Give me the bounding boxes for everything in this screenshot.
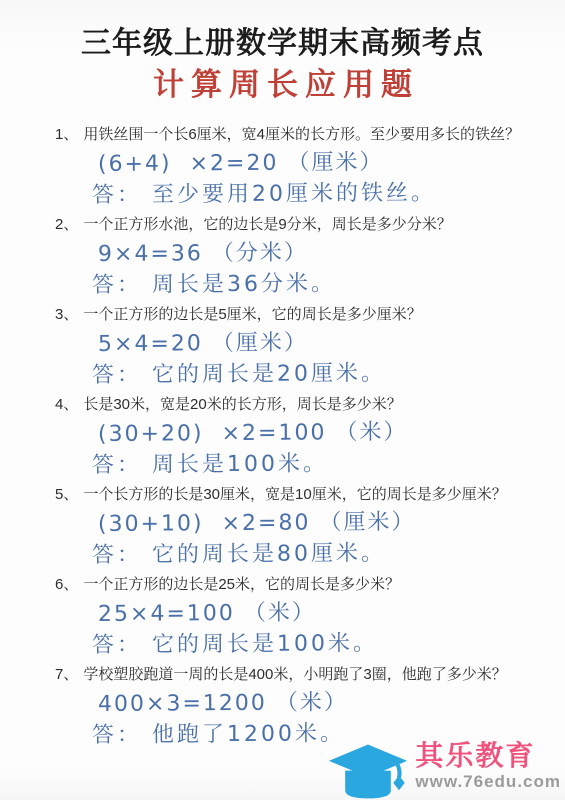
- handwritten-equation: 25×4=100 （米）: [98, 597, 565, 630]
- brand-name: 其乐教育: [415, 740, 561, 772]
- problem-number: 7、: [55, 666, 78, 683]
- problem-question: 4、长是30米，宽是20米的长方形，周长是多少米？: [55, 394, 555, 415]
- problem-number: 5、: [55, 486, 78, 503]
- footer-logo-text: 其乐教育 www.76edu.com: [415, 740, 561, 798]
- problem-number: 6、: [55, 576, 78, 593]
- handwritten-equation: (30+10) ×2=80 （厘米）: [98, 507, 565, 540]
- handwritten-answer: 答： 周长是100米。: [92, 448, 565, 481]
- problem-question-text: 用铁丝围一个长6厘米，宽4厘米的长方形。至少要用多长的铁丝？: [83, 126, 520, 143]
- handwritten-answer: 答： 它的周长是80厘米。: [92, 538, 565, 571]
- worksheet-page: 三年级上册数学期末高频考点 计算周长应用题 1、用铁丝围一个长6厘米，宽4厘米的…: [0, 0, 565, 800]
- worksheet-header: 三年级上册数学期末高频考点 计算周长应用题: [0, 0, 565, 104]
- website-url: www.76edu.com: [415, 772, 561, 792]
- problem-number: 1、: [55, 126, 78, 143]
- problem-question-text: 一个长方形的长是30厘米，宽是10厘米，它的周长是多少厘米？: [83, 486, 506, 503]
- graduation-cap-icon: [327, 738, 409, 800]
- problem-item: 4、长是30米，宽是20米的长方形，周长是多少米？ (30+20) ×2=100…: [0, 394, 565, 481]
- problem-question: 1、用铁丝围一个长6厘米，宽4厘米的长方形。至少要用多长的铁丝？: [55, 124, 555, 145]
- handwritten-answer: 答： 周长是36分米。: [92, 268, 565, 301]
- handwritten-equation: 400×3=1200 （米）: [98, 687, 565, 720]
- problem-item: 6、一个正方形的边长是25米，它的周长是多少米？ 25×4=100 （米） 答：…: [0, 574, 565, 661]
- problem-question-text: 学校塑胶跑道一周的长是400米，小明跑了3圈，他跑了多少米？: [83, 666, 506, 683]
- problem-list: 1、用铁丝围一个长6厘米，宽4厘米的长方形。至少要用多长的铁丝？ (6+4) ×…: [0, 124, 565, 751]
- handwritten-answer: 答： 它的周长是100米。: [92, 628, 565, 661]
- problem-question: 6、一个正方形的边长是25米，它的周长是多少米？: [55, 574, 555, 595]
- problem-question: 5、一个长方形的长是30厘米，宽是10厘米，它的周长是多少厘米？: [55, 484, 555, 505]
- problem-item: 2、一个正方形水池，它的边长是9分米，周长是多少分米？ 9×4=36 （分米） …: [0, 214, 565, 301]
- handwritten-equation: (6+4) ×2=20 （厘米）: [98, 147, 565, 180]
- problem-item: 5、一个长方形的长是30厘米，宽是10厘米，它的周长是多少厘米？ (30+10)…: [0, 484, 565, 571]
- page-subtitle: 计算周长应用题: [0, 66, 565, 104]
- problem-number: 3、: [55, 306, 78, 323]
- problem-question: 7、学校塑胶跑道一周的长是400米，小明跑了3圈，他跑了多少米？: [55, 664, 555, 685]
- handwritten-answer: 答： 它的周长是20厘米。: [92, 358, 565, 391]
- handwritten-answer: 答： 至少要用20厘米的铁丝。: [92, 178, 565, 211]
- problem-item: 3、一个正方形的边长是5厘米，它的周长是多少厘米？ 5×4=20 （厘米） 答：…: [0, 304, 565, 391]
- problem-question: 2、一个正方形水池，它的边长是9分米，周长是多少分米？: [55, 214, 555, 235]
- problem-question-text: 长是30米，宽是20米的长方形，周长是多少米？: [83, 396, 401, 413]
- handwritten-equation: 5×4=20 （厘米）: [98, 327, 565, 360]
- problem-item: 1、用铁丝围一个长6厘米，宽4厘米的长方形。至少要用多长的铁丝？ (6+4) ×…: [0, 124, 565, 211]
- problem-number: 4、: [55, 396, 78, 413]
- problem-question-text: 一个正方形的边长是5厘米，它的周长是多少厘米？: [83, 306, 421, 323]
- problem-question-text: 一个正方形水池，它的边长是9分米，周长是多少分米？: [83, 216, 451, 233]
- problem-number: 2、: [55, 216, 78, 233]
- handwritten-equation: 9×4=36 （分米）: [98, 237, 565, 270]
- problem-question: 3、一个正方形的边长是5厘米，它的周长是多少厘米？: [55, 304, 555, 325]
- problem-question-text: 一个正方形的边长是25米，它的周长是多少米？: [83, 576, 400, 593]
- footer-logo: 其乐教育 www.76edu.com: [327, 738, 561, 800]
- handwritten-equation: (30+20) ×2=100 （米）: [98, 417, 565, 450]
- page-title: 三年级上册数学期末高频考点: [0, 26, 565, 62]
